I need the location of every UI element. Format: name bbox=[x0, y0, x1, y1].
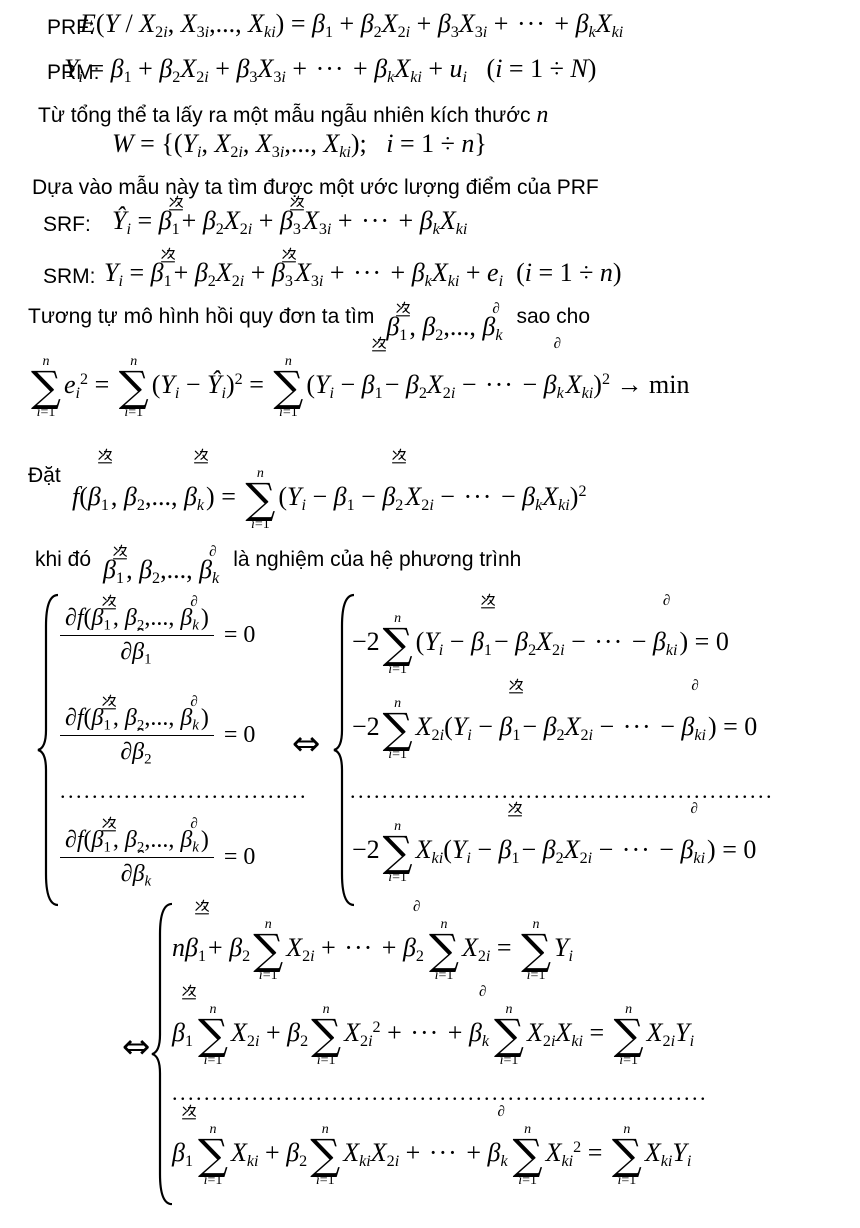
beta-hat: β1 bbox=[88, 459, 111, 535]
beta-list: β1, β2,..., β∂k bbox=[386, 312, 504, 342]
cjk-glyph-artifact bbox=[281, 247, 297, 263]
sample-size-var: n bbox=[536, 102, 548, 128]
cjk-glyph-artifact bbox=[97, 448, 113, 464]
summation: n∑i=1 bbox=[521, 917, 551, 983]
beta-hat: β∂k bbox=[180, 827, 201, 854]
hook-artifact: ∂ bbox=[691, 679, 698, 694]
khido-sentence: khi đó β1, β2,..., β∂k là nghiệm của hệ … bbox=[35, 548, 521, 578]
hook-artifact: ∂ bbox=[554, 337, 561, 352]
hook-artifact: ∂ bbox=[492, 302, 499, 317]
srf-label: SRF: bbox=[43, 213, 91, 237]
partial-denominator-2: ∂βˆ2 bbox=[60, 735, 214, 766]
beta-hat: β2 bbox=[382, 459, 405, 535]
beta-hat: β1 bbox=[92, 705, 113, 732]
equals-zero: = 0 bbox=[224, 722, 256, 749]
beta-hat: β1 bbox=[185, 910, 208, 986]
partial-eq-1: ∂f(β1, β2,..., β∂k) ∂βˆ1 = 0 bbox=[60, 596, 255, 674]
solved-dots: ........................................… bbox=[172, 1082, 708, 1104]
summation: n∑i=1 bbox=[383, 696, 413, 762]
left-system-brace bbox=[36, 592, 60, 908]
hook-artifact: ∂ bbox=[498, 1105, 505, 1120]
khido-pre: khi đó bbox=[35, 548, 91, 572]
prf-formula: E(Y / X2i, X3i,..., Xki) = β1 + β2X2i + … bbox=[80, 9, 623, 39]
hook-artifact: ∂ bbox=[209, 545, 216, 560]
beta-hat: βk bbox=[184, 459, 206, 535]
f-definition-formula: f(β1, β2,..., βk) = n∑i=1(Yi − β1 − β2X2… bbox=[72, 459, 587, 535]
hook-artifact: ∂ bbox=[663, 594, 670, 609]
cjk-glyph-artifact bbox=[160, 247, 176, 263]
summation: n∑i=1 bbox=[494, 1002, 524, 1068]
document-page: PRF: E(Y / X2i, X3i,..., Xki) = β1 + β2X… bbox=[0, 0, 860, 1228]
cjk-glyph-artifact bbox=[371, 336, 387, 352]
khido-post: là nghiệm của hệ phương trình bbox=[233, 548, 521, 572]
dat-label: Đặt bbox=[28, 464, 61, 488]
beta-hat: β1 bbox=[103, 555, 126, 585]
beta-list-2: β1, β2,..., β∂k bbox=[103, 555, 221, 585]
beta-hat: β∂k bbox=[180, 605, 201, 632]
cjk-glyph-artifact bbox=[507, 801, 523, 817]
partial-frac-k: ∂f(β1, β2,..., β∂k) ∂βˆk bbox=[60, 827, 214, 888]
beta-hat: β1 bbox=[471, 604, 494, 680]
beta-hat: β1 bbox=[151, 258, 174, 288]
equivalence-arrow-bottom: ⇔ bbox=[122, 1030, 151, 1064]
beta-hat: β∂k bbox=[488, 1115, 510, 1191]
similar-sentence: Tương tự mô hình hồi quy đơn ta tìm β1, … bbox=[28, 305, 590, 335]
sample-set-formula: W = {(Yi, X2i, X3i,..., Xki); i = 1 ÷ n} bbox=[112, 129, 487, 159]
summation: n∑i=1 bbox=[612, 1122, 642, 1188]
partial-eq-2: ∂f(β1, β2,..., β∂k) ∂βˆ2 = 0 bbox=[60, 696, 255, 774]
cjk-glyph-artifact bbox=[480, 593, 496, 609]
normal-dots: ........................................… bbox=[350, 780, 774, 802]
cjk-glyph-artifact bbox=[101, 594, 117, 610]
sample-sentence: Từ tổng thể ta lấy ra một mẫu ngẫu nhiên… bbox=[38, 102, 548, 129]
equals-zero: = 0 bbox=[224, 622, 256, 649]
solved-eq-2: β1n∑i=1X2i + β2n∑i=1X2i2 + ··· + β∂kn∑i=… bbox=[172, 995, 694, 1071]
cjk-glyph-artifact bbox=[101, 816, 117, 832]
summation: n∑i=1 bbox=[383, 819, 413, 885]
beta-hat: β3 bbox=[280, 206, 303, 236]
cjk-glyph-artifact bbox=[508, 678, 524, 694]
estimate-sentence: Dựa vào mẫu này ta tìm được một ước lượn… bbox=[32, 176, 599, 200]
cjk-glyph-artifact bbox=[101, 694, 117, 710]
srm-formula: Yi = β1+ β2X2i + β3X3i + ··· + βkXki + e… bbox=[104, 258, 622, 288]
summation: n∑i=1 bbox=[245, 466, 275, 532]
partial-frac-1: ∂f(β1, β2,..., β∂k) ∂βˆ1 bbox=[60, 605, 214, 666]
partial-denominator-1: ∂βˆ1 bbox=[60, 635, 214, 666]
summation: n∑i=1 bbox=[198, 1122, 228, 1188]
cjk-glyph-artifact bbox=[395, 301, 411, 317]
hook-artifact: ∂ bbox=[479, 985, 486, 1000]
srm-label: SRM: bbox=[43, 265, 96, 289]
beta-hat: β1 bbox=[159, 206, 182, 236]
beta-hat: β1 bbox=[92, 827, 113, 854]
solved-eq-k: β1n∑i=1Xki + β2n∑i=1XkiX2i + ··· + β∂kn∑… bbox=[172, 1115, 691, 1191]
beta-hat: β∂k bbox=[469, 995, 491, 1071]
beta-hat: β1 bbox=[362, 347, 385, 423]
summation: n∑i=1 bbox=[383, 611, 413, 677]
summation: n∑i=1 bbox=[273, 354, 303, 420]
hat-accent: ˆ bbox=[138, 848, 145, 868]
beta-hat: β∂k bbox=[482, 312, 504, 342]
beta-hat: β∂k bbox=[544, 347, 566, 423]
partial-dots: ............................... bbox=[60, 780, 308, 802]
beta-hat: β∂k bbox=[199, 555, 221, 585]
beta-hat: β∂2 bbox=[403, 910, 426, 986]
partial-denominator-k: ∂βˆk bbox=[60, 857, 214, 888]
summation: n∑i=1 bbox=[513, 1122, 543, 1188]
beta-hat: β∂ki bbox=[653, 604, 680, 680]
summation: n∑i=1 bbox=[614, 1002, 644, 1068]
hook-artifact: ∂ bbox=[413, 900, 420, 915]
sample-sentence-text: Từ tổng thể ta lấy ra một mẫu ngẫu nhiên… bbox=[38, 104, 536, 127]
beta-hat: β1 bbox=[498, 812, 521, 888]
beta-hat: β1 bbox=[172, 1115, 195, 1191]
beta-hat: β1 bbox=[499, 689, 522, 765]
ssr-min-formula: n∑i=1ei2 = n∑i=1(Yi − Ŷi)2 = n∑i=1(Yi − … bbox=[28, 347, 689, 423]
beta-hat: βˆk bbox=[133, 861, 154, 888]
summation: n∑i=1 bbox=[310, 1122, 340, 1188]
beta-hat: β1 bbox=[172, 995, 195, 1071]
hook-artifact: ∂ bbox=[190, 595, 197, 610]
hook-artifact: ∂ bbox=[190, 695, 197, 710]
beta-hat: β∂ki bbox=[680, 812, 707, 888]
summation: n∑i=1 bbox=[253, 917, 283, 983]
summation: n∑i=1 bbox=[119, 354, 149, 420]
normal-eq-1: −2n∑i=1(Yi − β1− β2X2i − ··· − β∂ki) = 0 bbox=[352, 604, 729, 680]
hat-accent: ˆ bbox=[137, 726, 144, 746]
cjk-glyph-artifact bbox=[391, 448, 407, 464]
cjk-glyph-artifact bbox=[168, 195, 184, 211]
beta-hat: βˆ1 bbox=[132, 639, 153, 666]
hook-artifact: ∂ bbox=[690, 802, 697, 817]
beta-hat: β∂k bbox=[180, 705, 201, 732]
prm-formula: Yi = β1 + β2X2i + β3X3i + ··· + βkXki + … bbox=[64, 54, 596, 84]
summation: n∑i=1 bbox=[429, 917, 459, 983]
cjk-glyph-artifact bbox=[289, 195, 305, 211]
cjk-glyph-artifact bbox=[112, 544, 128, 560]
beta-hat: β∂ki bbox=[681, 689, 708, 765]
summation: n∑i=1 bbox=[31, 354, 61, 420]
cjk-glyph-artifact bbox=[193, 448, 209, 464]
partial-frac-2: ∂f(β1, β2,..., β∂k) ∂βˆ2 bbox=[60, 705, 214, 766]
bottom-system-brace bbox=[150, 901, 174, 1207]
srf-formula: Ŷi = β1+ β2X2i + β3X3i + ··· + βkXki bbox=[112, 206, 467, 236]
normal-eq-k: −2n∑i=1Xki(Yi − β1− β2X2i − ··· − β∂ki) … bbox=[352, 812, 756, 888]
normal-eq-2: −2n∑i=1X2i(Yi − β1− β2X2i − ··· − β∂ki) … bbox=[352, 689, 757, 765]
solved-eq-1: nβ1+ β2n∑i=1X2i + ··· + β∂2n∑i=1X2i = n∑… bbox=[172, 910, 573, 986]
cjk-glyph-artifact bbox=[181, 984, 197, 1000]
partial-eq-k: ∂f(β1, β2,..., β∂k) ∂βˆk = 0 bbox=[60, 818, 255, 896]
equivalence-arrow-mid: ⇔ bbox=[292, 727, 321, 761]
beta-hat: β3 bbox=[272, 258, 295, 288]
summation: n∑i=1 bbox=[198, 1002, 228, 1068]
beta-hat: β1 bbox=[386, 312, 409, 342]
similar-sentence-pre: Tương tự mô hình hồi quy đơn ta tìm bbox=[28, 305, 374, 329]
cjk-glyph-artifact bbox=[181, 1104, 197, 1120]
cjk-glyph-artifact bbox=[194, 899, 210, 915]
beta-hat: βˆ2 bbox=[132, 739, 153, 766]
beta-hat: β1 bbox=[92, 605, 113, 632]
similar-sentence-post: sao cho bbox=[516, 305, 590, 329]
hook-artifact: ∂ bbox=[190, 817, 197, 832]
equals-zero: = 0 bbox=[224, 844, 256, 871]
summation: n∑i=1 bbox=[311, 1002, 341, 1068]
hat-accent: ˆ bbox=[137, 626, 144, 646]
